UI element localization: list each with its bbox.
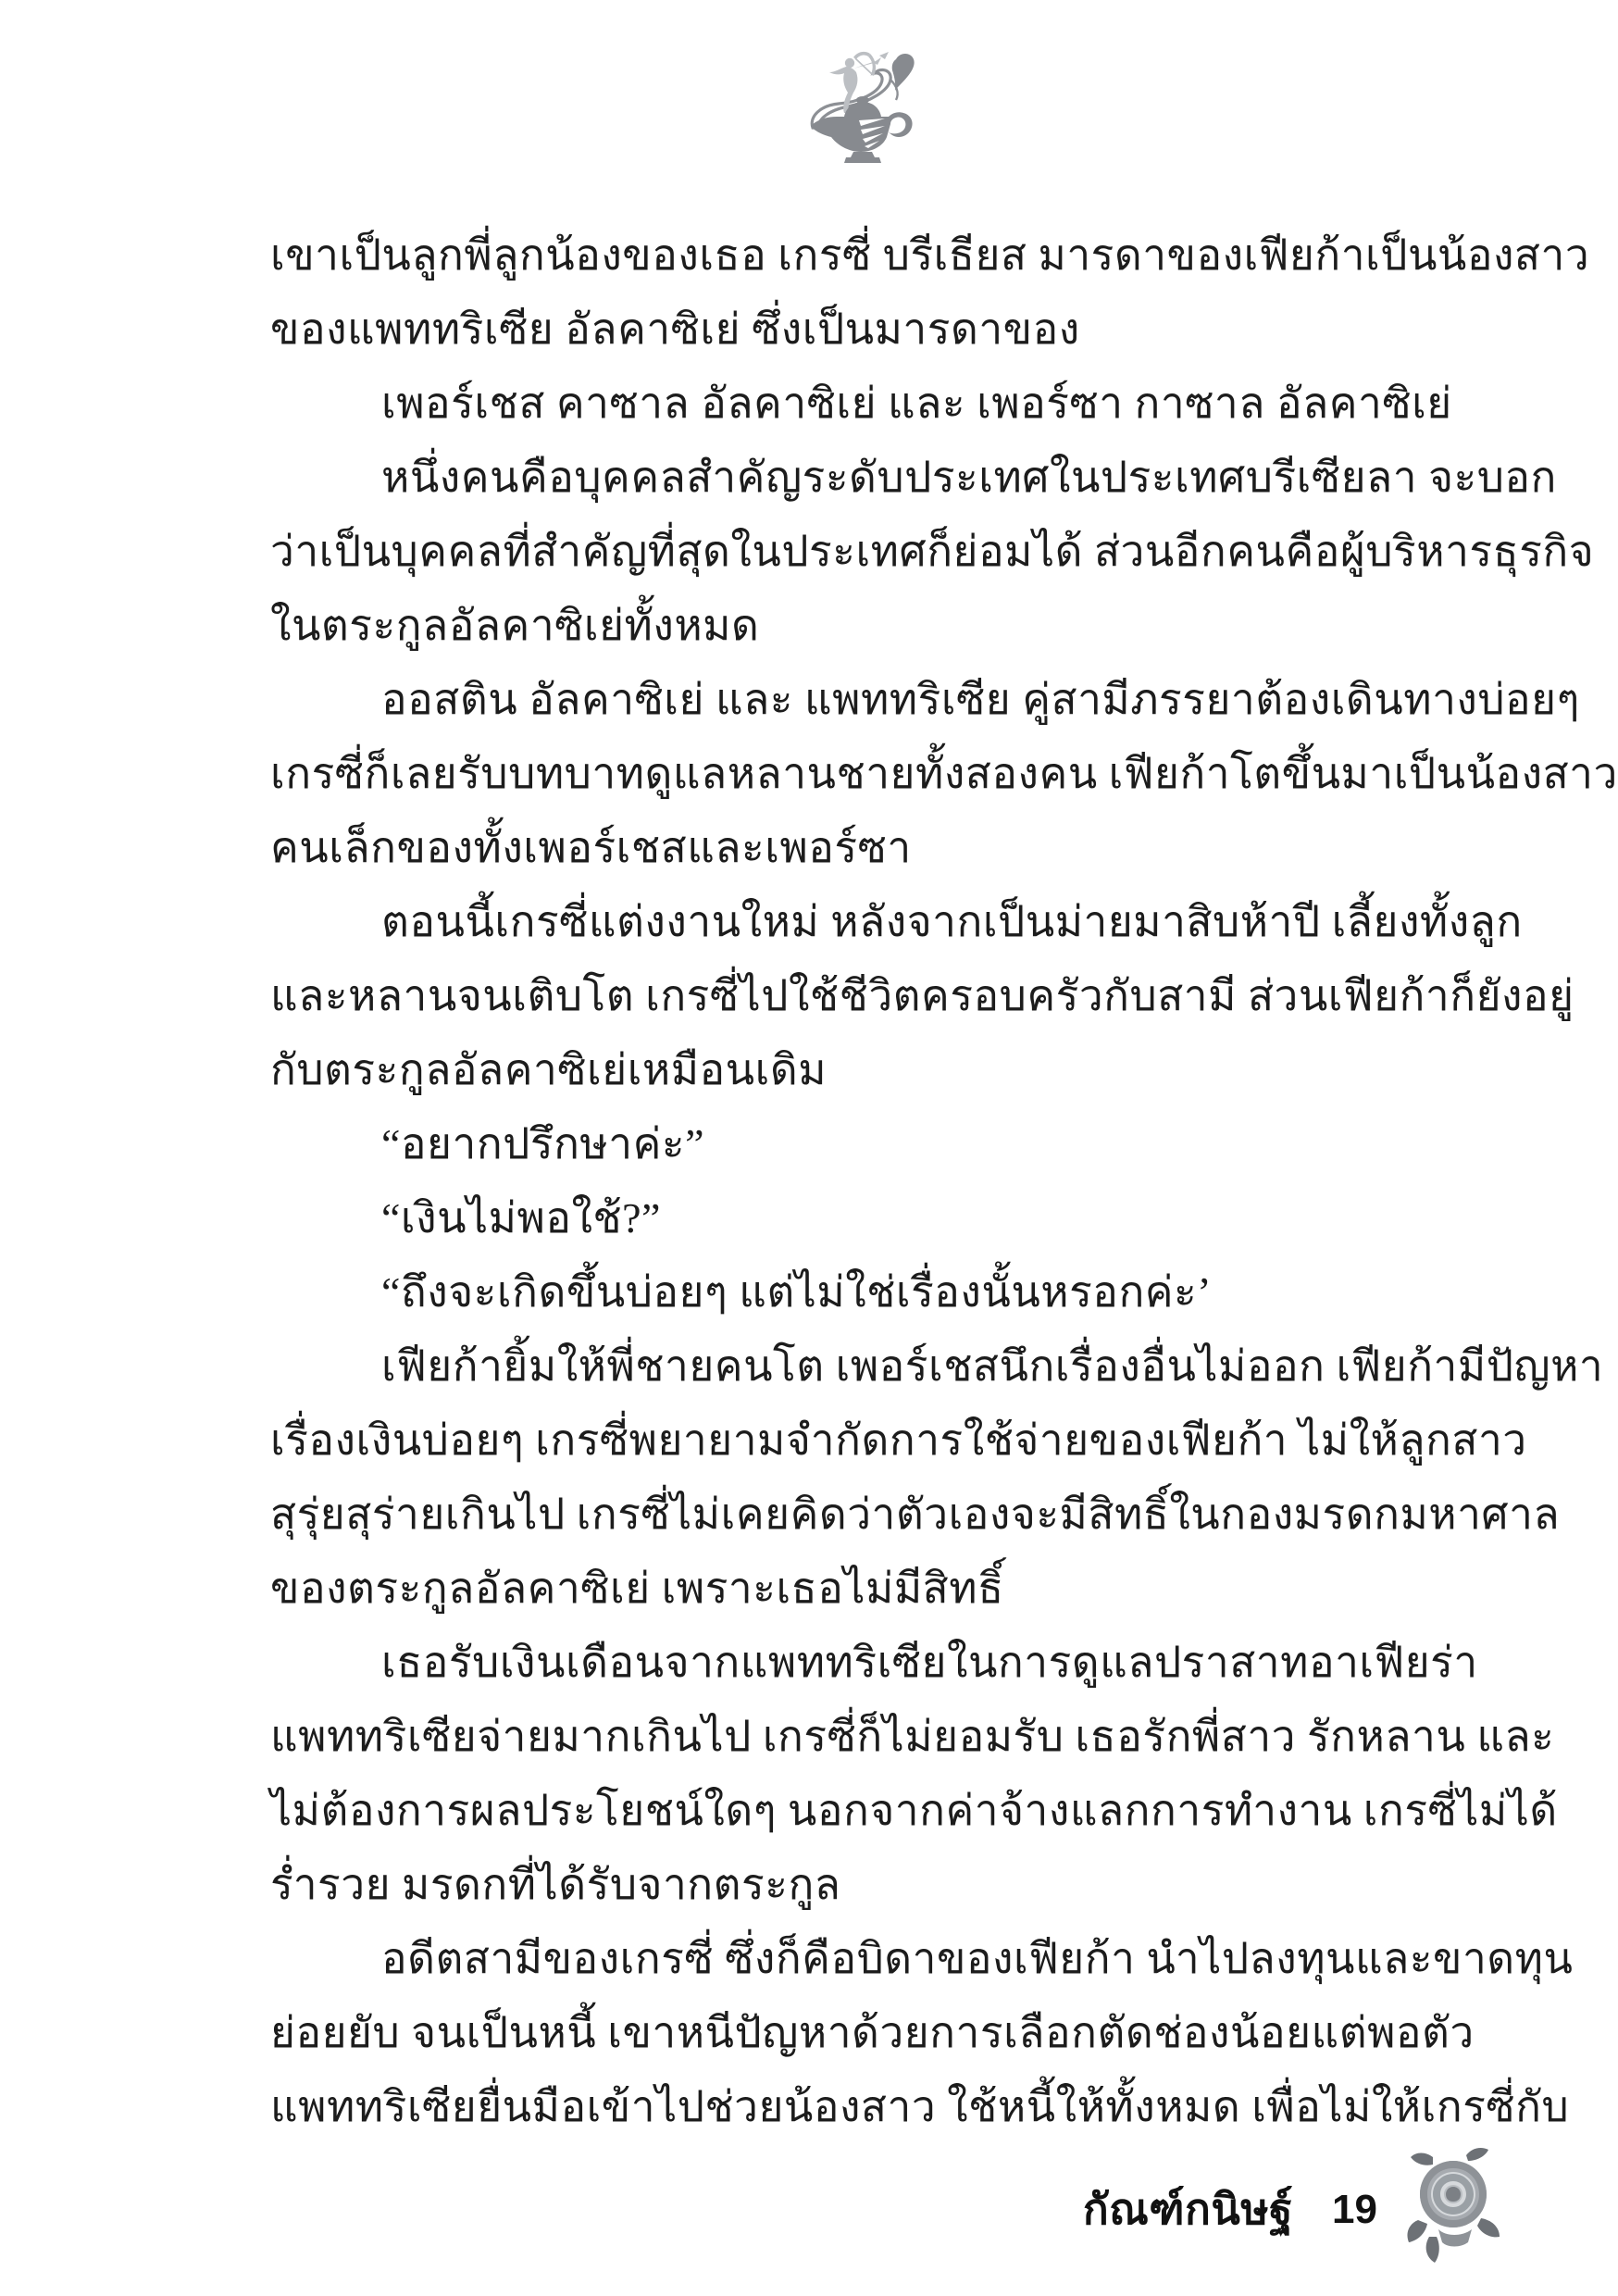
text-line: กับตระกูลอัลคาซิเย่เหมือนเดิม bbox=[270, 1033, 1461, 1107]
text-line: สุรุ่ยสุร่ายเกินไป เกรซี่ไม่เคยคิดว่าตัว… bbox=[270, 1478, 1461, 1552]
text-line: “อยากปรึกษาค่ะ” bbox=[270, 1107, 1461, 1181]
text-line: เขาเป็นลูกพี่ลูกน้องของเธอ เกรซี่ บรีเธี… bbox=[270, 218, 1461, 293]
rose-icon bbox=[1401, 2140, 1511, 2268]
text-line: หนึ่งคนคือบุคคลสำคัญระดับประเทศในประเทศบ… bbox=[270, 441, 1461, 515]
text-line: แพททริเซียจ่ายมากเกินไป เกรซี่ก็ไม่ยอมรั… bbox=[270, 1700, 1461, 1774]
rose-petals bbox=[1420, 2161, 1487, 2247]
text-line: ในตระกูลอัลคาซิเย่ทั้งหมด bbox=[270, 589, 1461, 663]
text-line: ตอนนี้เกรซี่แต่งงานใหม่ หลังจากเป็นม่ายม… bbox=[270, 885, 1461, 959]
text-line: ย่อยยับ จนเป็นหนี้ เขาหนีปัญหาด้วยการเลื… bbox=[270, 1996, 1461, 2070]
text-line: “เงินไม่พอใช้?” bbox=[270, 1181, 1461, 1255]
book-page: เขาเป็นลูกพี่ลูกน้องของเธอ เกรซี่ บรีเธี… bbox=[0, 0, 1618, 2296]
text-line: ออสติน อัลคาซิเย่ และ แพททริเซีย คู่สามี… bbox=[270, 663, 1461, 737]
text-line: เพอร์เชส คาซาล อัลคาซิเย่ และ เพอร์ซา กา… bbox=[270, 367, 1461, 441]
book-title: กัณฑ์กนิษฐ์ bbox=[1083, 2189, 1293, 2231]
text-line: คนเล็กของทั้งเพอร์เชสและเพอร์ซา bbox=[270, 811, 1461, 885]
text-line: และหลานจนเติบโต เกรซี่ไปใช้ชีวิตครอบครัว… bbox=[270, 959, 1461, 1033]
text-line: “ถึงจะเกิดขึ้นบ่อยๆ แต่ไม่ใช่เรื่องนั้นห… bbox=[270, 1255, 1461, 1329]
body-text: เขาเป็นลูกพี่ลูกน้องของเธอ เกรซี่ บรีเธี… bbox=[270, 218, 1461, 2144]
page-footer: กัณฑ์กนิษฐ์ 19 bbox=[1083, 2146, 1511, 2274]
text-line: ร่ำรวย มรดกที่ได้รับจากตระกูล bbox=[270, 1848, 1461, 1922]
cupid-genie-lamp-ornament bbox=[807, 48, 926, 170]
text-line: อดีตสามีของเกรซี่ ซึ่งก็คือบิดาของเฟียก้… bbox=[270, 1922, 1461, 1996]
text-line: เธอรับเงินเดือนจากแพททริเซียในการดูแลปรา… bbox=[270, 1626, 1461, 1700]
text-line: ไม่ต้องการผลประโยชน์ใดๆ นอกจากค่าจ้างแลก… bbox=[270, 1774, 1461, 1848]
rose-ornament bbox=[1401, 2140, 1511, 2268]
text-line: เฟียก้ายิ้มให้พี่ชายคนโต เพอร์เชสนึกเรื่… bbox=[270, 1329, 1461, 1404]
text-line: เกรซี่ก็เลยรับบทบาทดูแลหลานชายทั้งสองคน … bbox=[270, 737, 1461, 811]
heart-icon bbox=[892, 54, 915, 91]
page-number: 19 bbox=[1332, 2190, 1377, 2230]
genie-lamp-icon bbox=[807, 48, 926, 170]
text-line: เรื่องเงินบ่อยๆ เกรซี่พยายามจำกัดการใช้จ… bbox=[270, 1404, 1461, 1478]
text-line: ของตระกูลอัลคาซิเย่ เพราะเธอไม่มีสิทธิ์ bbox=[270, 1552, 1461, 1626]
text-line: ของแพททริเซีย อัลคาซิเย่ ซึ่งเป็นมารดาขอ… bbox=[270, 293, 1461, 367]
text-line: ว่าเป็นบุคคลที่สำคัญที่สุดในประเทศก็ย่อม… bbox=[270, 515, 1461, 589]
text-line: แพททริเซียยื่นมือเข้าไปช่วยน้องสาว ใช้หน… bbox=[270, 2070, 1461, 2144]
